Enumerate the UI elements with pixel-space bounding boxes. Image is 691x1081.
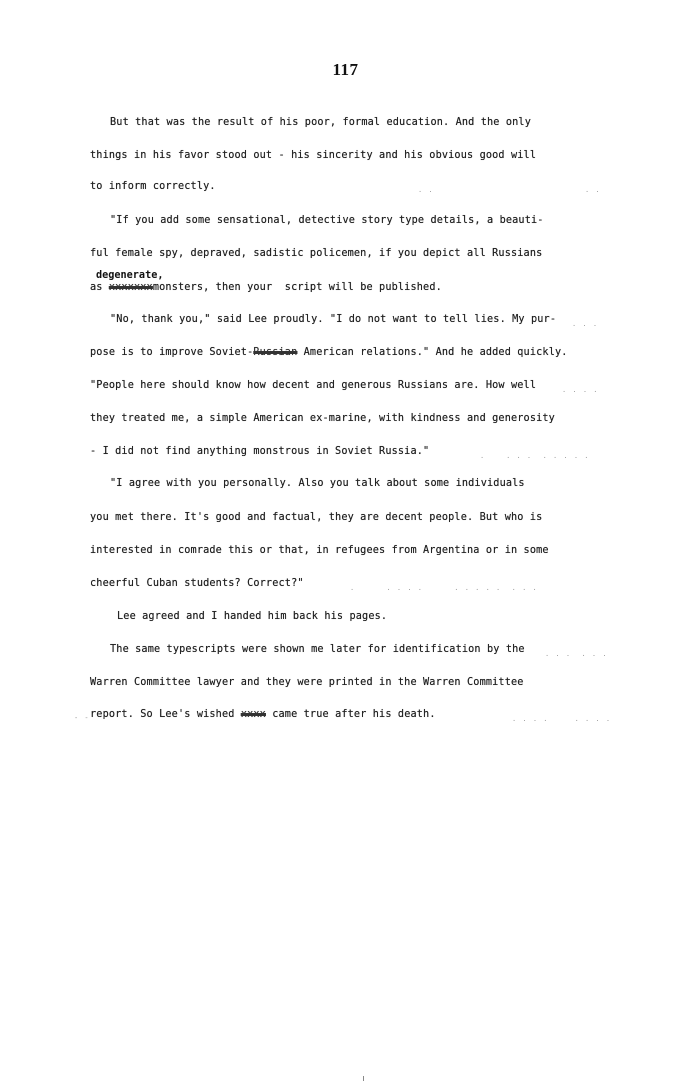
text-fragment: report. So Lee's wished [90, 709, 241, 720]
scan-noise: . . [418, 186, 434, 194]
scan-noise: . . . [572, 320, 598, 328]
text-line: "People here should know how decent and … [90, 380, 536, 391]
text-line: "No, thank you," said Lee proudly. "I do… [110, 314, 556, 325]
text-line: Lee agreed and I handed him back his pag… [117, 611, 387, 622]
text-line: "If you add some sensational, detective … [110, 215, 544, 226]
text-line: things in his favor stood out - his sinc… [90, 150, 536, 161]
text-line: pose is to improve Soviet-Russian Americ… [90, 347, 568, 358]
text-line: The same typescripts were shown me later… [110, 644, 525, 655]
text-line: "I agree with you personally. Also you t… [110, 478, 525, 489]
text-line: as xxxxxxxmonsters, then your script wil… [90, 282, 442, 293]
scan-noise: . . [585, 186, 601, 194]
text-line: cheerful Cuban students? Correct?" [90, 578, 304, 589]
scan-mark [363, 1076, 364, 1081]
struck-out-text: xxxx [241, 709, 266, 720]
text-line: report. So Lee's wished xxxx came true a… [90, 709, 436, 720]
scan-noise: - - [74, 714, 90, 722]
scan-noise: . . . . [562, 386, 599, 394]
page-number: 117 [0, 60, 691, 80]
scan-noise: . . . . . . . . . [480, 452, 590, 460]
text-fragment: pose is to improve Soviet- [90, 347, 253, 358]
text-line: you met there. It's good and factual, th… [90, 512, 542, 523]
text-fragment: as [90, 282, 109, 293]
struck-out-text: xxxxxxx [109, 282, 153, 293]
text-line: ful female spy, depraved, sadistic polic… [90, 248, 542, 259]
text-fragment: monsters, then your script will be publi… [153, 282, 442, 293]
text-fragment: American relations." And he added quickl… [297, 347, 567, 358]
text-line: interested in comrade this or that, in r… [90, 545, 549, 556]
scan-noise: . . . . . . [545, 650, 608, 658]
text-line: they treated me, a simple American ex-ma… [90, 413, 555, 424]
scan-noise: . . . . . . . . . . . . . [350, 584, 538, 592]
struck-out-text: Russian [253, 347, 297, 358]
text-line: to inform correctly. [90, 181, 216, 192]
text-line: But that was the result of his poor, for… [110, 117, 531, 128]
handwritten-insertion: degenerate, [96, 270, 163, 281]
scan-noise: . . . . . . . . [512, 715, 611, 723]
text-fragment: came true after his death. [266, 709, 436, 720]
text-line: - I did not find anything monstrous in S… [90, 446, 429, 457]
text-line: Warren Committee lawyer and they were pr… [90, 677, 524, 688]
